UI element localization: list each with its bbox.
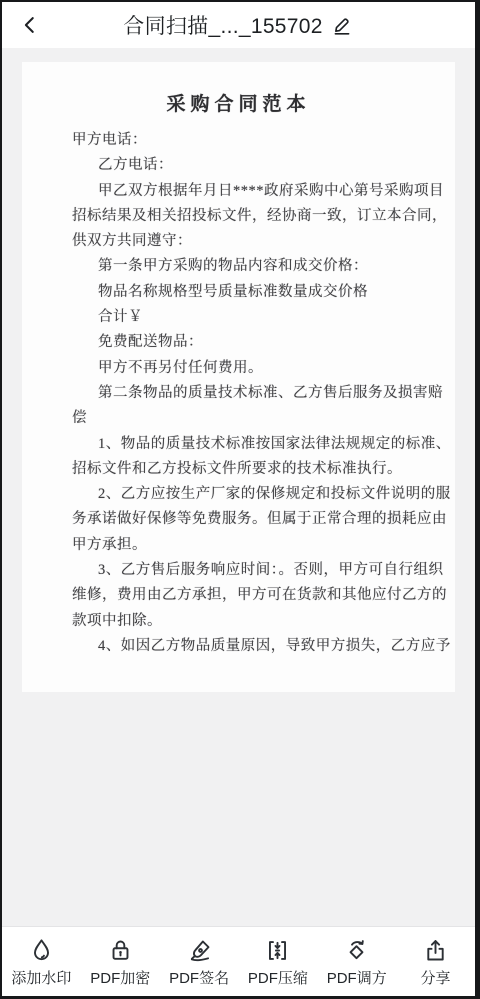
document-line: 维修，费用由乙方承担，甲方可在货款和其他应付乙方的 bbox=[72, 583, 445, 608]
document-line: 务承诺做好保修等免费服务。但属于正常合理的损耗应由 bbox=[72, 507, 445, 532]
tool-label: 分享 bbox=[421, 967, 451, 988]
compress-icon bbox=[264, 937, 291, 964]
pdf-compress-button[interactable]: PDF压缩 bbox=[238, 927, 317, 996]
document-line: 物品名称规格型号质量标准数量成交价格 bbox=[72, 280, 445, 305]
document-line: 1、物品的质量技术标准按国家法律法规规定的标准、 bbox=[72, 432, 445, 457]
pencil-edit-icon bbox=[331, 13, 353, 37]
document-line: 合计￥ bbox=[72, 305, 445, 330]
contract-body: 甲方电话： 乙方电话： 甲乙双方根据年月日****政府采购中心第号采购项目 招标… bbox=[22, 128, 455, 659]
pdf-sign-button[interactable]: PDF签名 bbox=[160, 927, 239, 996]
rotate-diamond-icon bbox=[343, 937, 370, 964]
document-line: 2、乙方应按生产厂家的保修规定和投标文件说明的服 bbox=[72, 482, 445, 507]
document-title-row: 合同扫描_..._155702 bbox=[123, 10, 353, 40]
back-button[interactable] bbox=[14, 9, 46, 41]
water-drop-icon bbox=[28, 937, 55, 964]
add-watermark-button[interactable]: 添加水印 bbox=[2, 927, 81, 996]
document-line: 第一条甲方采购的物品内容和成交价格： bbox=[72, 254, 445, 279]
pdf-encrypt-button[interactable]: PDF加密 bbox=[81, 927, 160, 996]
document-page-preview[interactable]: 采购合同范本 甲方电话： 乙方电话： 甲乙双方根据年月日****政府采购中心第号… bbox=[22, 62, 455, 692]
document-line: 4、如因乙方物品质量原因，导致甲方损失，乙方应予 bbox=[72, 634, 445, 659]
tool-label: PDF调方 bbox=[327, 967, 387, 988]
page-title: 合同扫描_..._155702 bbox=[123, 10, 322, 40]
document-line: 款项中扣除。 bbox=[72, 609, 445, 634]
rename-button[interactable] bbox=[330, 12, 354, 38]
tool-label: PDF加密 bbox=[90, 967, 150, 988]
document-line: 招标结果及相关招投标文件，经协商一致，订立本合同， bbox=[72, 204, 445, 229]
document-line: 甲方不再另付任何费用。 bbox=[72, 356, 445, 381]
document-line: 甲乙双方根据年月日****政府采购中心第号采购项目 bbox=[72, 179, 445, 204]
tool-label: 添加水印 bbox=[11, 967, 71, 988]
pen-nib-icon bbox=[186, 937, 213, 964]
chevron-left-icon bbox=[19, 14, 41, 36]
app-screen: 合同扫描_..._155702 采购合同范本 甲方电话： 乙方电话： 甲乙双方根… bbox=[0, 0, 480, 999]
bottom-toolbar: 添加水印 PDF加密 PDF bbox=[2, 926, 475, 996]
tool-label: PDF签名 bbox=[169, 967, 229, 988]
document-line: 偿 bbox=[72, 406, 445, 431]
share-button[interactable]: 分享 bbox=[396, 927, 475, 996]
document-line: 乙方电话： bbox=[72, 153, 445, 178]
header-bar: 合同扫描_..._155702 bbox=[2, 2, 475, 48]
content-area: 采购合同范本 甲方电话： 乙方电话： 甲乙双方根据年月日****政府采购中心第号… bbox=[2, 48, 475, 926]
document-line: 免费配送物品： bbox=[72, 330, 445, 355]
tool-label: PDF压缩 bbox=[248, 967, 308, 988]
lock-icon bbox=[107, 937, 134, 964]
document-line: 甲方承担。 bbox=[72, 533, 445, 558]
pdf-adjust-button[interactable]: PDF调方 bbox=[317, 927, 396, 996]
document-line: 第二条物品的质量技术标准、乙方售后服务及损害赔 bbox=[72, 381, 445, 406]
document-line: 3、乙方售后服务响应时间：。否则，甲方可自行组织 bbox=[72, 558, 445, 583]
document-line: 供双方共同遵守： bbox=[72, 229, 445, 254]
contract-title: 采购合同范本 bbox=[22, 62, 455, 116]
share-icon bbox=[422, 937, 449, 964]
document-line: 招标文件和乙方投标文件所要求的技术标准执行。 bbox=[72, 457, 445, 482]
document-line: 甲方电话： bbox=[72, 128, 445, 153]
